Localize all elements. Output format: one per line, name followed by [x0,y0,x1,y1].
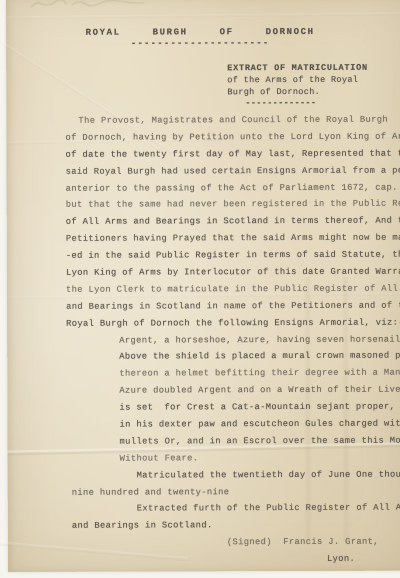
heading-line: EXTRACT OF MATRICULATION [227,63,368,75]
typed-line: of Dornoch, having by Petition unto the … [6,131,400,149]
typed-line: -ed in the said Public Register in terms… [7,250,400,268]
typed-line: (Signed) Francis J. Grant, [8,537,400,555]
title-underline: --------------------- [6,38,394,49]
typed-line: Azure doubled Argent and on a Wreath of … [7,385,400,403]
typed-line: Matriculated the twentieth day of June O… [8,469,400,487]
paper-crease [6,12,400,19]
typed-line: Extracted furth of the Public Register o… [8,503,400,521]
typed-line: said Royal Burgh had used certain Ensign… [7,165,400,183]
typed-line: but that the same had never been registe… [7,199,400,217]
heading-underline: ------------- [227,98,368,110]
heading-line: Burgh of Dornoch. [227,86,368,98]
typed-line: in his dexter paw and escutcheon Gules c… [7,418,400,436]
document-title: ROYAL BURGH OF DORNOCH [6,27,394,38]
faint-pencil-inscription [28,0,168,12]
typed-line: nine hundred and twenty-nine [8,486,400,504]
typed-line: Lyon King of Arms by Interlocutor of thi… [7,266,400,284]
document-page: ROYAL BURGH OF DORNOCH -----------------… [6,0,400,572]
typed-line: and Bearings in Scotland in name of the … [7,300,400,318]
typed-line: Argent, a horseshoe, Azure, having seven… [7,334,400,352]
typed-line: mullets Or, and in an Escrol over the sa… [8,435,400,453]
typed-line: is set for Crest a Cat-a-Mountain sejant… [7,402,400,420]
document-body: The Provost, Magistrates and Council of … [6,114,400,572]
typed-line: Lyon. [8,554,400,572]
photograph-background: ROYAL BURGH OF DORNOCH -----------------… [0,0,400,578]
typed-line: The Provost, Magistrates and Council of … [6,114,400,132]
heading-line: of the Arms of the Royal [227,75,368,87]
typed-line: and Bearings in Scotland. [8,520,400,538]
extract-heading-block: EXTRACT OF MATRICULATION of the Arms of … [227,63,368,111]
typed-line: Above the shield is placed a mural crown… [7,351,400,369]
typed-line: Without Feare. [8,452,400,470]
typed-line: Petitioners having Prayed that the said … [7,233,400,251]
typed-line: of date the twenty first day of May last… [7,148,400,166]
typed-line: thereon a helmet befitting their degree … [7,368,400,386]
typed-line: the Lyon Clerk to matriculate in the Pub… [7,283,400,301]
typed-line: anterior to the passing of the Act of Pa… [7,182,400,200]
typed-line: of All Arms and Bearings in Scotland in … [7,216,400,234]
typed-line: Royal Burgh of Dornoch the following Ens… [7,317,400,335]
